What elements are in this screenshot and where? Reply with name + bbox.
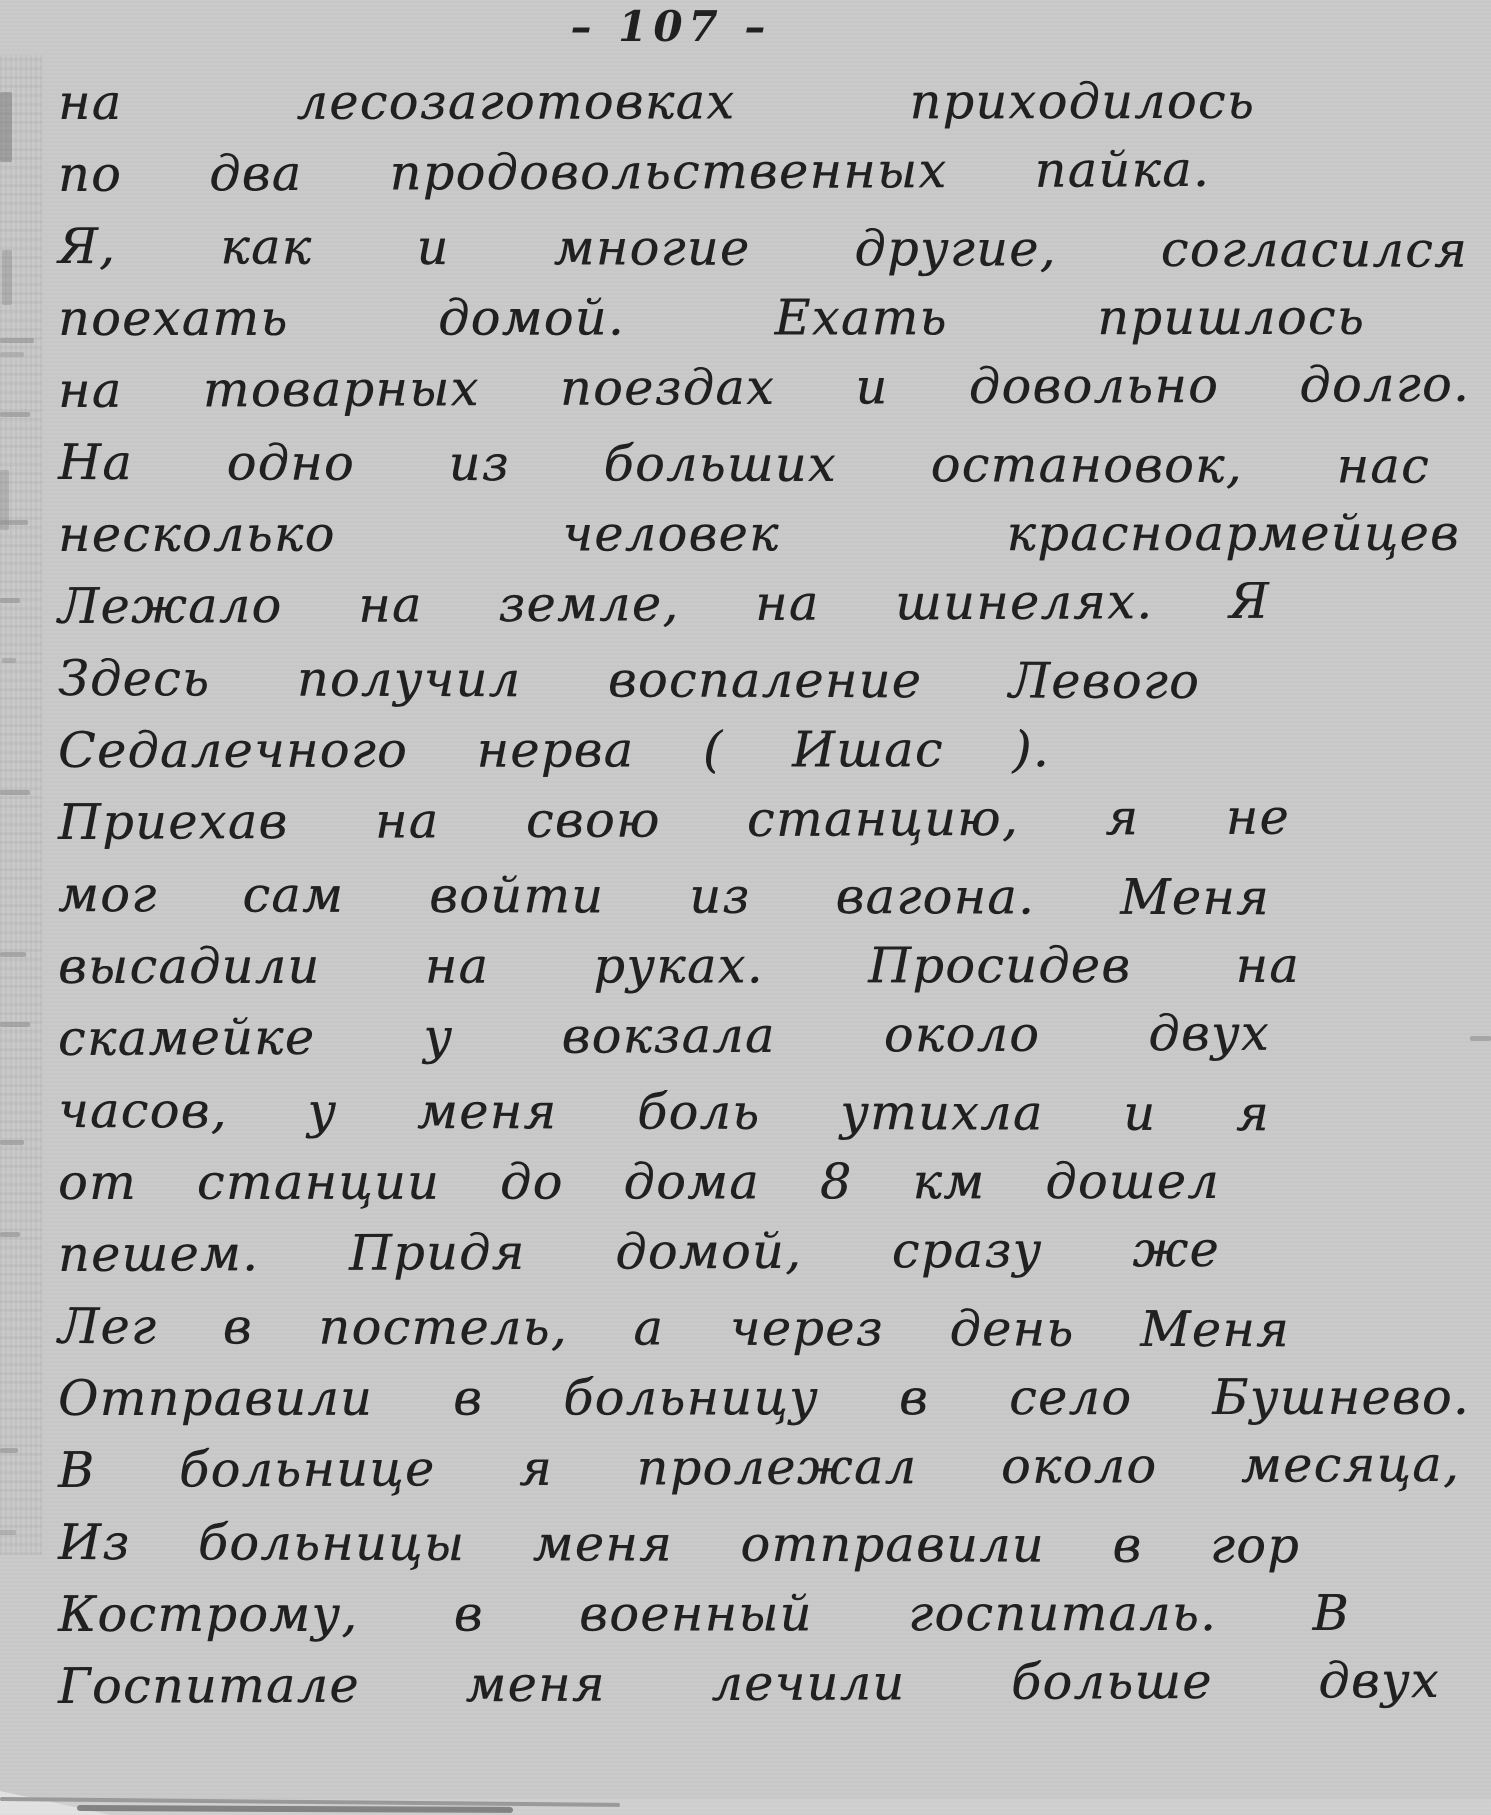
ruled-line-remnant — [0, 952, 26, 957]
handwritten-line: высадили на руках. Просидев на — [58, 937, 1300, 1004]
ruled-line-remnant — [0, 1022, 30, 1027]
handwritten-line: пешем. Придя домой, сразу же — [58, 1221, 1220, 1292]
ruled-line-remnant — [1470, 1036, 1491, 1041]
ruled-line-remnant — [0, 1140, 24, 1145]
handwritten-line: поехать домой. Ехать пришлось — [58, 289, 1365, 356]
handwritten-line: от станции до дома 8 км дошел — [58, 1153, 1220, 1220]
handwritten-line: скамейке у вокзала около двух — [58, 1005, 1270, 1076]
margin-smudge — [0, 92, 12, 162]
handwritten-line: Здесь получил воспаление Левого — [58, 650, 1200, 719]
handwritten-line: Лег в постель, а через день Меня — [58, 1298, 1290, 1367]
handwritten-line: часов, у меня боль утихла и я — [58, 1082, 1270, 1151]
handwritten-line: несколько человек красноармейцев — [58, 505, 1460, 572]
ruled-line-remnant — [0, 1530, 16, 1535]
ruled-line-remnant — [0, 790, 30, 795]
handwritten-line: Я, как и многие другие, согласился — [58, 218, 1468, 288]
ruled-line-remnant — [2, 658, 16, 663]
handwritten-line: На одно из больших остановок, нас — [58, 434, 1430, 504]
handwritten-line: на лесозаготовках приходилось — [58, 73, 1255, 140]
handwritten-line: на товарных поездах и довольно долго. — [58, 356, 1470, 428]
margin-smudge — [2, 250, 12, 305]
handwritten-line: Кострому, в военный госпиталь. В — [58, 1585, 1350, 1652]
ruled-line-remnant — [0, 1232, 20, 1237]
ruled-line-remnant — [0, 1448, 18, 1453]
handwritten-line: Приехав на свою станцию, я не — [58, 789, 1290, 860]
handwritten-line: Отправили в больницу в село Бушнево. — [58, 1369, 1470, 1436]
ruled-line-remnant — [0, 338, 34, 343]
handwritten-line: Лежало на земле, на шинелях. Я — [58, 573, 1270, 644]
page-number: – 107 – — [0, 2, 1342, 51]
handwritten-line: Из больницы меня отправили в гор — [58, 1514, 1300, 1583]
handwritten-line: мог сам войти из вагона. Меня — [58, 866, 1270, 935]
ruled-line-remnant — [0, 598, 20, 603]
handwritten-line: Седалечного нерва ( Ишас ). — [58, 721, 1050, 788]
ruled-line-remnant — [0, 520, 28, 525]
handwritten-line: по два продовольственных пайка. — [58, 141, 1210, 212]
handwritten-line: В больнице я пролежал около месяца, — [58, 1436, 1460, 1508]
ruled-line-remnant — [0, 352, 24, 357]
document-page: – 107 – на лесозаготовках приходилось по… — [0, 0, 1491, 1815]
ruled-line-remnant — [0, 412, 30, 417]
handwritten-line: Госпитале меня лечили больше двух — [58, 1652, 1440, 1724]
